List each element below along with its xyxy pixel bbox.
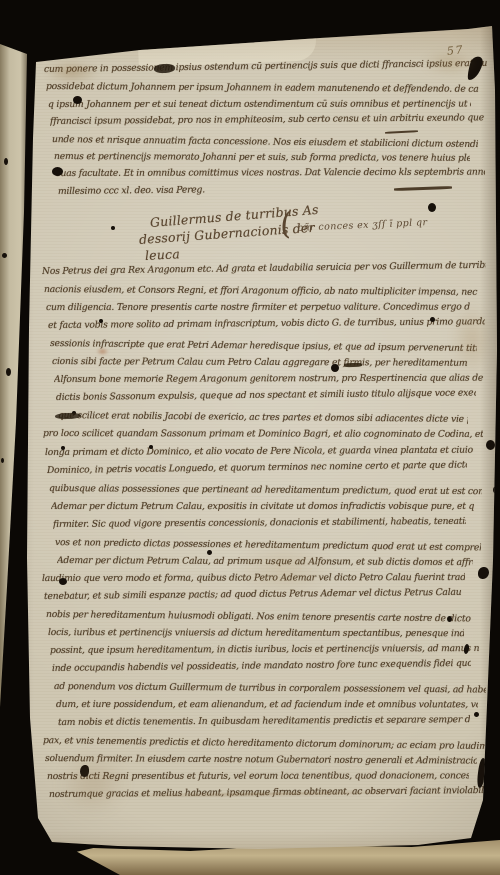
manuscript-line: nacionis eiusdem, et Consors Regni, et f… — [44, 284, 478, 300]
ink-blot — [344, 363, 362, 368]
ink-blot — [52, 167, 63, 176]
ink-blot — [430, 317, 435, 322]
manuscript-line: millesimo ccc xl. deo. visa Pereg. — [58, 183, 308, 199]
manuscript-line: pro loco scilicet quandam Sassonum prima… — [43, 428, 483, 442]
manuscript-line: soluendum firmiter. In eiusdem carte nos… — [45, 753, 477, 769]
heading-line: leuca — [145, 246, 181, 263]
manuscript-line: que scilicet erat nobilis Jacobi de exer… — [58, 410, 468, 427]
manuscript-line: q ipsum Johannem per et sui teneat dictu… — [48, 99, 471, 112]
ink-speck — [2, 253, 7, 258]
manuscript-line: quibusque alias possessiones que pertine… — [49, 483, 482, 499]
manuscript-line: Alfonsum bone memorie Regem Aragonum gen… — [54, 373, 484, 387]
manuscript-line: longa primam et dicto Dominico, et alio … — [45, 445, 475, 460]
ink-speck — [6, 368, 11, 376]
ink-blot — [493, 486, 500, 494]
ink-blot — [478, 567, 489, 579]
manuscript-line: dictis bonis Sassonum expulsis, queque a… — [56, 387, 476, 405]
manuscript-line: unde nos et nrisque annuatim facta conce… — [52, 134, 478, 152]
manuscript-line: et facta vobis more solito ad primam inf… — [48, 316, 485, 333]
ink-speck — [1, 458, 4, 463]
ink-blot — [331, 364, 339, 372]
top-edge-scorch-stain — [150, 11, 500, 40]
ink-blot — [385, 130, 418, 134]
ink-speck — [4, 158, 8, 165]
manuscript-line: Nos Petrus dei gra Rex Aragonum etc. Ad … — [42, 260, 486, 279]
manuscript-line: inde occupandis habendis vel possideatis… — [52, 658, 471, 676]
manuscript-line: Ademar per dictum Petrum Calau, ad primu… — [57, 555, 473, 570]
ink-blot — [476, 758, 487, 789]
manuscript-line: suas facultate. Et in omnibus comittimus… — [56, 167, 485, 181]
ink-blot — [73, 96, 82, 104]
manuscript-line: tam nobis et dictis tenementis. In quibu… — [58, 714, 470, 730]
ink-blot — [394, 186, 452, 191]
manuscript-photo: 57 cum ponere in possessionem ipsius ost… — [0, 0, 500, 875]
manuscript-line: ffrancisci ipsum possidebat, pro nos in … — [50, 112, 486, 129]
ink-blot — [80, 765, 89, 777]
manuscript-line: locis, iuribus et pertinencijs vniuersis… — [48, 627, 464, 641]
marginal-annotation: pñr conces ex ʒſſ ī ppl qr — [297, 217, 428, 234]
manuscript-line: cum diligencia. Tenore presentis carte n… — [46, 302, 470, 315]
manuscript-line: possint, que ipsum hereditamentum, in di… — [50, 643, 479, 658]
facing-page-edge — [0, 42, 30, 782]
manuscript-line: Ademar per dictum Petrum Calau, expositi… — [51, 501, 474, 514]
manuscript-line: laudimio que vero modo et forma, quibus … — [42, 572, 465, 586]
manuscript-line: cionis sibi facte per Petrum Calau cum P… — [52, 356, 469, 371]
manuscript-line: nemus et pertinencijs memorato Johanni p… — [54, 151, 470, 166]
folio-number: 57 — [446, 43, 464, 58]
manuscript-line: ad ponendum vos dictum Guillermum de tur… — [54, 681, 486, 697]
ink-blot — [486, 440, 495, 450]
manuscript-line: pax, et vnis tenementis predictis et dic… — [43, 735, 485, 754]
manuscript-page: 57 cum ponere in possessionem ipsius ost… — [0, 0, 500, 875]
manuscript-line: vos et non predicto dictas possessiones … — [55, 537, 481, 555]
manuscript-line: tenebatur, et sub simili espanze pactis;… — [44, 587, 480, 604]
manuscript-line: sessionis infrascripte que erat Petri Ad… — [50, 338, 477, 356]
ink-blot — [428, 203, 436, 212]
manuscript-line: cum ponere in possessionem ipsius ostend… — [44, 58, 487, 77]
ink-blot — [61, 446, 65, 450]
manuscript-line: nobis per hereditamentum huiusmodi oblig… — [46, 609, 472, 626]
ink-blot — [447, 616, 452, 622]
ink-blot — [474, 712, 479, 717]
ink-blot — [207, 550, 212, 555]
ink-blot — [111, 226, 115, 230]
manuscript-line: nostris dicti Regni presentibus et futur… — [47, 770, 469, 784]
manuscript-line: possidebat dictum Johannem per ipsum Joh… — [46, 81, 479, 97]
ink-blot — [149, 445, 153, 449]
ink-blot — [99, 319, 103, 323]
manuscript-line: firmiter. Sic quod vigore presentis conc… — [53, 516, 466, 532]
ink-blot — [59, 578, 67, 585]
manuscript-line: Dominico, in petris vocatis Longuedo, et… — [47, 459, 467, 478]
manuscript-line: nostrumque gracias et melius habeant, ip… — [49, 785, 484, 802]
manuscript-line: dum, et iure possidendum, et eam alienan… — [56, 699, 478, 712]
